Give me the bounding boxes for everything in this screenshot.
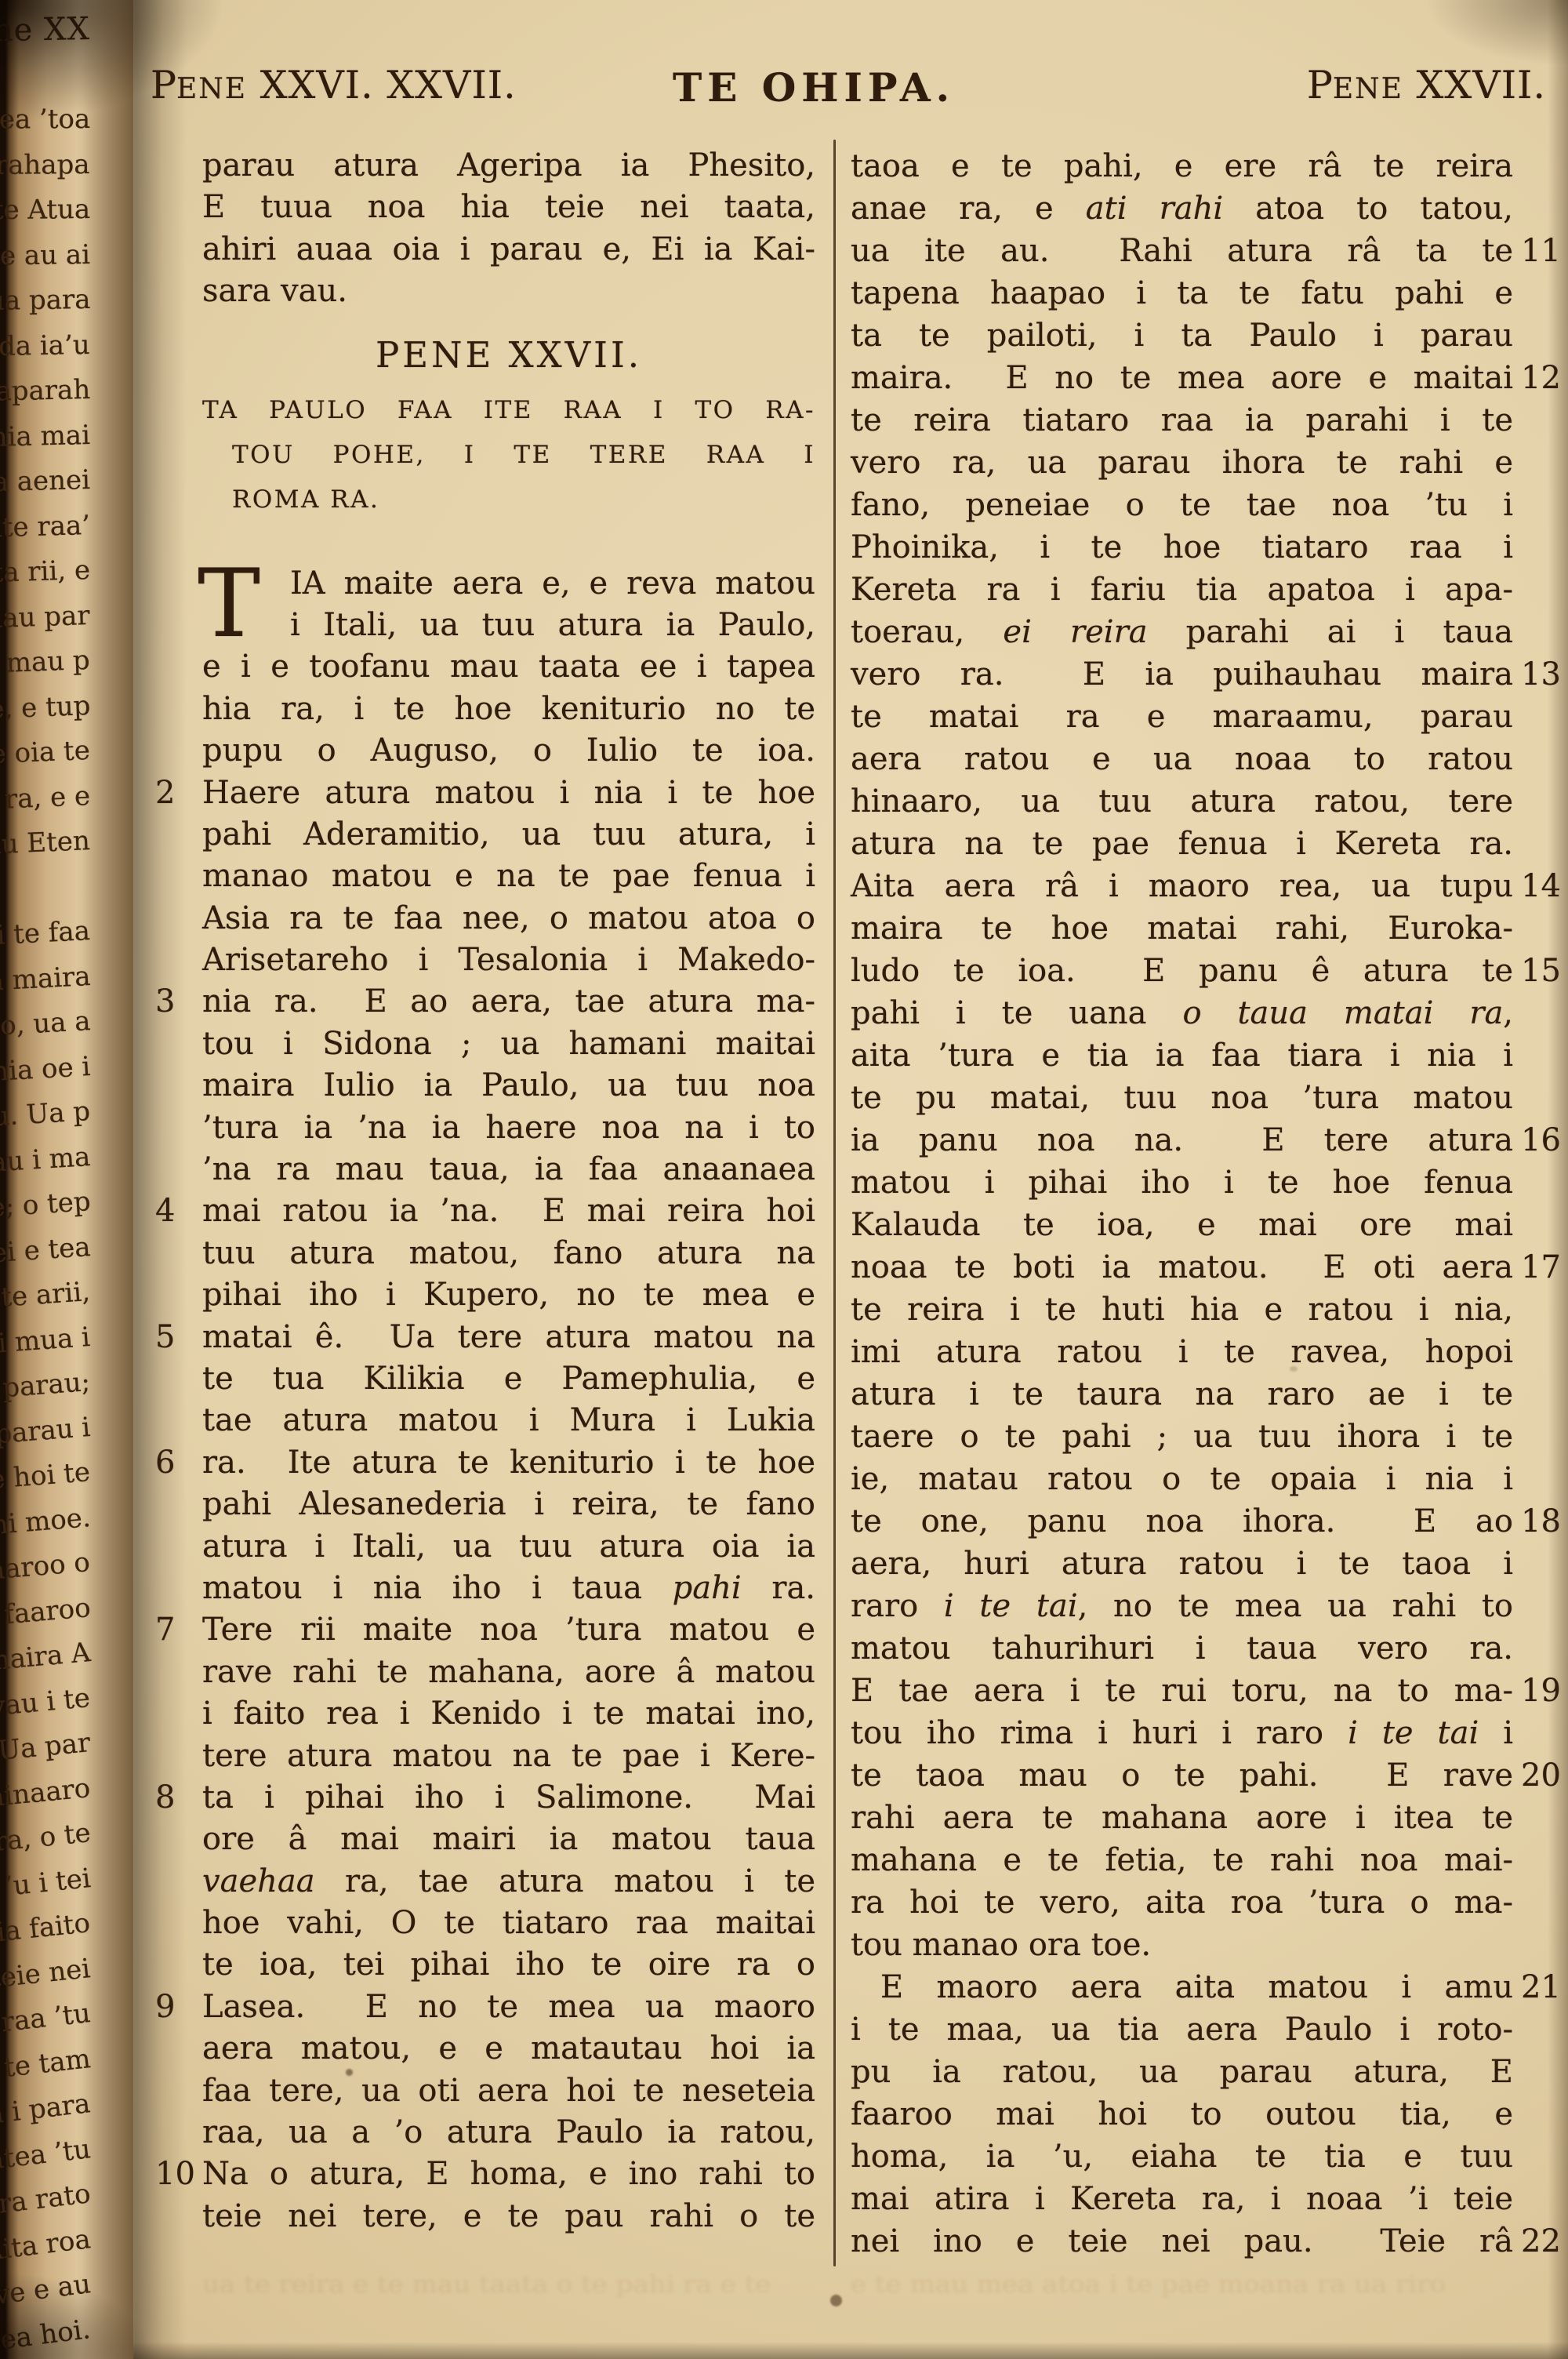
text-line: Na o atura, E homa, e ino rahi to10 — [202, 2154, 815, 2195]
text-line: pahi Aderamitio, ua tuu atura, i — [202, 814, 815, 856]
text-line: faaroo mai hoi to outou tia, e — [851, 2093, 1513, 2135]
ghost-showthrough: e te mau mea atoa i te pae moana ra ua r… — [851, 2270, 1513, 2299]
text-line: matou i pihai iho i te hoe fenua — [851, 1161, 1513, 1204]
right-column-body: taoa e te pahi, e ere râ te reiraanae ra… — [851, 145, 1513, 2263]
text-line: E maoro aera aita matou i amu21 — [851, 1966, 1513, 2008]
text-line: Kalauda te ioa, e mai ore mai — [851, 1204, 1513, 1246]
text-line: aita ’tura e tia ia faa tiara i nia i — [851, 1034, 1513, 1077]
facing-page-text-fragment: mau Eten — [0, 825, 91, 862]
verse-number: 2 — [155, 772, 196, 814]
text-line: ie, matau ratou o te opaia i nia i — [851, 1458, 1513, 1500]
verse-number: 17 — [1521, 1246, 1568, 1289]
text-line: i faito rea i Kenido i te matai ino, — [202, 1693, 815, 1735]
text-line: Phoinika, i te hoe tiataro raa i — [851, 526, 1513, 569]
running-head-left-initial: P — [151, 63, 176, 107]
book-page: PENE XXVI. XXVII. TE OHIPA. PENE XXVII. … — [133, 0, 1568, 2359]
running-head-right-smallcaps: ENE — [1333, 73, 1403, 105]
page-edge-shadow-bottom — [133, 2342, 1568, 2359]
facing-page-text-fragment: aata rii, e — [0, 554, 91, 590]
text-line: manao matou e na te pae fenua i — [202, 856, 815, 897]
facing-page-text-fragment: i ia ’u i tei — [0, 1863, 92, 1907]
text-line: nei ino e teie nei pau. Teie râ22 — [851, 2220, 1513, 2263]
text-line: i te maa, ua tia aera Paulo i roto- — [851, 2008, 1513, 2051]
running-head-right: PENE XXVII. — [1307, 63, 1546, 107]
text-line: hoe vahi, O te tiataro raa maitai — [202, 1903, 815, 1944]
text-line: Tere rii maite noa ’tura matou e7 — [202, 1609, 815, 1651]
facing-page-text-fragment: e e taparah — [0, 374, 90, 409]
text-line: mahana e te fetia, te rahi noa mai- — [851, 1839, 1513, 1881]
text-line: tou i Sidona ; ua hamani maitai — [202, 1023, 815, 1065]
facing-page-text-fragment: i rave e au — [0, 2268, 92, 2317]
text-line: atura i Itali, ua tuu atura oia ia — [202, 1526, 815, 1568]
text-line: E tuua noa hia teie nei taata, — [202, 187, 815, 228]
running-head-right-roman: XXVII. — [1403, 63, 1546, 107]
text-line: Arisetareho i Tesalonia i Makedo- — [202, 940, 815, 981]
facing-page-text-fragment: n nei e tea — [0, 1231, 91, 1272]
verse-number: 16 — [1521, 1119, 1568, 1161]
facing-page-text-fragment: u hia mai — [0, 420, 90, 454]
text-line: te taoa mau o te pahi. E rave20 — [851, 1754, 1513, 1797]
verse-number: 22 — [1521, 2220, 1568, 2263]
facing-page-text-fragment: ira raa ’tu — [0, 1997, 92, 2043]
chapter-heading: PENE XXVII. — [202, 332, 815, 379]
text-line: parau atura Ageripa ia Phesito, — [202, 145, 815, 187]
facing-page-text-fragment: au e au ai — [0, 239, 90, 272]
facing-page-text-fragment: e roa aenei — [0, 464, 90, 500]
facing-page-text-fragment: aulo, ua a — [0, 1005, 91, 1044]
text-line: raa, ua a ’o atura Paulo ia ratou, — [202, 2112, 815, 2154]
text-line: vero ra, ua parau ihora te rahi e — [851, 442, 1513, 484]
text-line: pahi Alesanederia i reira, te fano — [202, 1484, 815, 1525]
text-line: mai atira i Kereta ra, i noaa ’i teie — [851, 2178, 1513, 2220]
facing-page-text-fragment: i mua i — [0, 1321, 91, 1359]
text-line: Asia ra te faa nee, o matou atoa o — [202, 898, 815, 940]
facing-page-text-fragment: , e oia te — [0, 735, 91, 771]
verse-number: 4 — [155, 1190, 196, 1232]
verse-number: 21 — [1521, 1966, 1568, 2008]
text-line: te pu matai, tuu noa ’tura matou — [851, 1077, 1513, 1119]
ghost-showthrough: ua te reira e te mau taata o te pahi ra … — [202, 2270, 815, 2299]
text-line: atura na te pae fenua i Kereta ra. — [851, 823, 1513, 865]
facing-page-text-fragment: a hia oe i — [0, 1051, 91, 1089]
facing-page-text-fragment: tapea hoi. — [0, 2314, 92, 2359]
facing-page-text-fragment: o e; o tep — [0, 1186, 91, 1225]
text-line: aera, huri atura ratou i te taoa i — [851, 1543, 1513, 1585]
facing-page-text-fragment: maira A — [0, 1637, 92, 1677]
facing-page-text-fragment: oi te arii, — [0, 1276, 91, 1316]
facing-page-text-fragment: ra e, e tup — [0, 690, 91, 727]
verse-number: 18 — [1521, 1500, 1568, 1543]
text-line: te tua Kilikia e Pamephulia, e — [202, 1358, 815, 1400]
verse-number: 10 — [155, 2154, 196, 2195]
text-line: tou iho rima i huri i raro i te tai i — [851, 1712, 1513, 1754]
facing-page-text-fragment: nia, e te tam — [0, 2043, 92, 2093]
running-head-left: PENE XXVI. XXVII. — [151, 63, 517, 107]
verse-number: 12 — [1521, 357, 1568, 399]
facing-page-text-fragment: a hinaaro — [0, 1772, 92, 1816]
left-column-body: T IA maite aera e, e reva matoui Itali, … — [202, 563, 815, 2238]
text-line: ’tura ia ’na ia haere noa na i to — [202, 1107, 815, 1149]
text-line: hia ra, i te hoe keniturio no te — [202, 689, 815, 730]
text-line: te reira i te huti hia e ratou i nia, — [851, 1289, 1513, 1331]
facing-page-text-fragment: he ra, e e — [0, 780, 91, 817]
facing-page-text-fragment: ae ra, o te — [0, 1817, 92, 1862]
text-line: nia ra. E ao aera, tae atura ma-3 — [202, 981, 815, 1023]
facing-page-gutter: Pene XXi Iudea ’toatatarahapaoi i te Atu… — [0, 0, 137, 2359]
facing-page-text-fragment: ia faa atea ’tu — [0, 2133, 92, 2186]
text-line: pupu o Auguso, o Iulio te ioa. — [202, 730, 815, 772]
text-line: ua ite au. Rahi atura râ ta te11 — [851, 230, 1513, 272]
text-line: te one, panu noa ihora. E ao18 — [851, 1500, 1513, 1543]
text-line: homa, ia ’u, eiaha te tia e tuu — [851, 2135, 1513, 2178]
verse-number: 20 — [1521, 1754, 1568, 1797]
book-photo-scene: Pene XXi Iudea ’toatatarahapaoi i te Atu… — [0, 0, 1568, 2359]
text-line: ludo te ioa. E panu ê atura te15 — [851, 950, 1513, 992]
text-line: maira Iulio ia Paulo, ua tuu noa — [202, 1065, 815, 1107]
text-line: ia panu noa na. E tere atura16 — [851, 1119, 1513, 1161]
running-head-left-smallcaps: ENE — [176, 73, 247, 105]
text-line: ROMA RA. — [202, 478, 815, 522]
text-line: matou i nia iho i taua pahi ra. — [202, 1568, 815, 1609]
facing-page-text-fragment: mau par — [0, 600, 91, 635]
facing-page-text-fragment: ra, Aita roa — [0, 2223, 92, 2273]
text-line: pihai iho i Kupero, no te mea e — [202, 1274, 815, 1316]
text-line: atura i te taura na raro ae i te — [851, 1373, 1513, 1416]
text-line: Haere atura matou i nia i te hoe2 — [202, 772, 815, 814]
text-line: rave rahi te mahana, aore â matou — [202, 1652, 815, 1693]
text-line: anae ra, e ati rahi atoa to tatou, — [851, 187, 1513, 230]
text-line: vero ra. E ia puihauhau maira13 — [851, 653, 1513, 696]
facing-page-text-fragment: parau; — [2, 1366, 92, 1404]
text-line: maira te hoe matai rahi, Euroka- — [851, 907, 1513, 950]
facing-page-text-fragment: oi i te Atua — [0, 194, 90, 227]
verse-number: 3 — [155, 981, 196, 1023]
verse-number: 13 — [1521, 653, 1568, 696]
running-head-right-initial: P — [1307, 63, 1333, 107]
text-line: pu ia ratou, ua parau atura, E — [851, 2051, 1513, 2093]
text-line: Kereta ra i fariu tia apatoa i apa- — [851, 569, 1513, 611]
chapter-summary: TA PAULO FAA ITE RAA I TO RA-TOU POHE, I… — [202, 388, 815, 522]
facing-page-text-fragment: vau i te — [0, 1682, 92, 1722]
text-line: E tae aera i te rui toru, na to ma-19 — [851, 1670, 1513, 1712]
left-column-intro: parau atura Ageripa ia Phesito,E tuua no… — [202, 145, 815, 313]
text-line: ahiri auaa oia i parau e, Ei ia Kai- — [202, 229, 815, 271]
text-line: fano, peneiae o te tae noa ’tu i — [851, 484, 1513, 526]
text-line: ra hoi te vero, aita roa ’tura o ma- — [851, 1881, 1513, 1924]
verse-number: 11 — [1521, 230, 1568, 272]
text-line: imi atura ratou i te ravea, hopoi — [851, 1331, 1513, 1373]
text-line: tapena haapao i ta te fatu pahi e — [851, 272, 1513, 314]
facing-page-text-fragment: ahi moe. — [0, 1502, 92, 1543]
facing-page-text-fragment: taua para — [0, 284, 90, 317]
book-title: TE OHIPA. — [673, 64, 955, 111]
facing-page-text-fragment: oia i te faa — [0, 915, 91, 954]
facing-page-text-fragment: ihora rato — [0, 2178, 92, 2225]
facing-page-text-fragment: u. Ua p — [0, 1096, 91, 1132]
facing-page-text-fragment: e ia faito — [0, 1907, 92, 1950]
facing-page-text-fragment: faaroo o — [0, 1547, 92, 1587]
text-line: ta te pailoti, i ta Paulo i parau — [851, 314, 1513, 357]
text-line: vaehaa ra, tae atura matou i te — [202, 1861, 815, 1903]
text-line: matou tahurihuri i taua vero ra. — [851, 1627, 1513, 1670]
text-line: tou manao ora toe. — [851, 1924, 1513, 1966]
facing-page-text-fragment: a râ teie nei — [0, 1953, 92, 2001]
verse-number: 6 — [155, 1442, 196, 1484]
facing-page-text-fragment: au i ma — [0, 1141, 91, 1179]
text-line: rahi aera te mahana aore i itea te — [851, 1797, 1513, 1839]
facing-page-text-fragment: Ua par — [0, 1727, 92, 1767]
verse-number: 5 — [155, 1317, 196, 1358]
text-line: te matai ra e maraamu, parau — [851, 696, 1513, 738]
facing-page-header-fragment: Pene XX — [0, 11, 90, 49]
verse-number: 9 — [155, 1986, 196, 2028]
text-line: ore â mai mairi ia matou taua — [202, 1819, 815, 1860]
facing-page-text-fragment: parau i — [0, 1412, 92, 1450]
text-line: te ioa, tei pihai iho te oire ra o — [202, 1944, 815, 1986]
text-line: hinaaro, ua tuu atura ratou, tere — [851, 780, 1513, 823]
text-line: ’na ra mau taua, ia faa anaanaea — [202, 1149, 815, 1190]
text-line: noaa te boti ia matou. E oti aera17 — [851, 1246, 1513, 1289]
facing-page-text-fragment: i hua maira — [0, 961, 91, 1000]
right-column: taoa e te pahi, e ere râ te reiraanae ra… — [851, 145, 1513, 2263]
facing-page-text-fragment: feia i para — [0, 2088, 92, 2134]
text-line: aera ratou e ua noaa to ratou — [851, 738, 1513, 780]
text-line: tuu atura matou, fano atura na — [202, 1233, 815, 1274]
facing-page-text-fragment: i Iuda ia’u — [0, 329, 90, 363]
text-line: toerau, ei reira parahi ai i taua — [851, 611, 1513, 653]
ink-speck — [346, 2069, 353, 2076]
text-line: aera matou, e e matautau hoi ia — [202, 2028, 815, 2070]
text-line: TOU POHE, I TE TERE RAA I — [202, 433, 815, 478]
facing-page-text-fragment: faa ite raa’ — [0, 510, 91, 545]
facing-page-text-fragment: a te mau p — [0, 645, 91, 681]
text-line: te reira tiataro raa ia parahi i te — [851, 399, 1513, 442]
text-line: Aita aera râ i maoro rea, ua tupu14 — [851, 865, 1513, 907]
column-divider-rule — [833, 140, 836, 2266]
text-line: Lasea. E no te mea ua maoro9 — [202, 1986, 815, 2028]
text-line: ra. Ite atura te keniturio i te hoe6 — [202, 1442, 815, 1484]
running-head: PENE XXVI. XXVII. TE OHIPA. PENE XXVII. — [133, 63, 1568, 122]
text-line: maira. E no te mea aore e maitai12 — [851, 357, 1513, 399]
text-line: taere o te pahi ; ua tuu ihora i te — [851, 1416, 1513, 1458]
facing-page-text-fragment: e hoi te — [0, 1456, 92, 1496]
text-line: tae atura matou i Mura i Lukia — [202, 1400, 815, 1441]
text-line: ta i pihai iho i Salimone. Mai8 — [202, 1777, 815, 1819]
facing-page-text-fragment: tatarahapa — [0, 149, 90, 181]
text-line: e i e toofanu mau taata ee i tapea — [202, 646, 815, 688]
text-line: TA PAULO FAA ITE RAA I TO RA- — [202, 388, 815, 433]
text-line: pahi i te uana o taua matai ra, — [851, 992, 1513, 1034]
text-line: taoa e te pahi, e ere râ te reira — [851, 145, 1513, 187]
text-line: matai ê. Ua tere atura matou na5 — [202, 1317, 815, 1358]
running-head-left-roman: XXVI. XXVII. — [247, 63, 517, 107]
ink-speck — [1290, 1366, 1298, 1372]
text-line: tere atura matou na te pae i Kere- — [202, 1736, 815, 1777]
text-line: raro i te tai, no te mea ua rahi to — [851, 1585, 1513, 1627]
verse-number: 14 — [1521, 865, 1568, 907]
text-line: faa tere, ua oti aera hoi te neseteia — [202, 2070, 815, 2112]
verse-number: 7 — [155, 1609, 196, 1651]
facing-page-text-fragment: a faaroo — [0, 1592, 92, 1633]
facing-page-text-fragment: i Iudea ’toa — [0, 104, 90, 136]
text-line: mai ratou ia ’na. E mai reira hoi4 — [202, 1190, 815, 1232]
left-column: parau atura Ageripa ia Phesito,E tuua no… — [202, 145, 815, 2237]
text-line: teie nei tere, e te pau rahi o te — [202, 2196, 815, 2237]
verse-number: 19 — [1521, 1670, 1568, 1712]
verse-number: 15 — [1521, 950, 1568, 992]
text-line: i Itali, ua tuu atura ia Paulo, — [202, 605, 815, 646]
verse-number: 8 — [155, 1777, 196, 1819]
text-line: sara vau. — [202, 271, 815, 312]
text-line: IA maite aera e, e reva matou — [202, 563, 815, 605]
ink-speck — [830, 2295, 842, 2306]
